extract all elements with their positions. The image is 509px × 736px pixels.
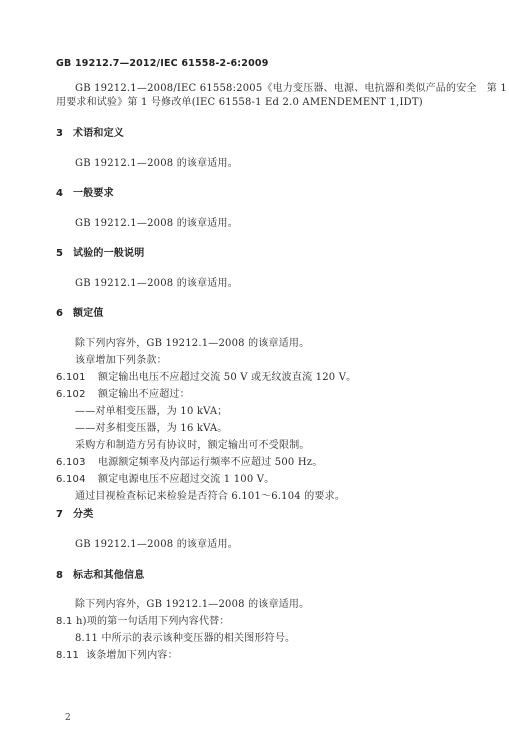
intro-line-2: 用要求和试验》第 1 号修改单(IEC 61558-1 Ed 2.0 AMEND…: [56, 96, 423, 109]
clause-number: 6.104: [56, 473, 98, 486]
section-title: 试验的一般说明: [73, 248, 144, 259]
clause-6-102: 6.102额定输出不应超过：: [56, 388, 190, 401]
section-7-heading: 7分类: [56, 508, 93, 521]
dash-item-single-phase: ——对单相变压器，为 10 kVA；: [75, 405, 228, 418]
clause-6-101: 6.101额定输出电压不应超过交流 50 V 或无纹波直流 120 V。: [56, 371, 356, 384]
section-3-heading: 3术语和定义: [56, 127, 124, 140]
section-6-para-4: 通过目视检查标记来检验是否符合 6.101～6.104 的要求。: [75, 490, 345, 503]
running-header: GB 19212.7—2012/IEC 61558-2-6:2009: [56, 57, 269, 70]
clause-text: 额定输出电压不应超过交流 50 V 或无纹波直流 120 V。: [98, 372, 356, 383]
clause-number: 8.11: [56, 649, 86, 662]
clause-number: 6.102: [56, 388, 98, 401]
clause-text: h)项的第一句话用下列内容代替：: [76, 616, 230, 627]
clause-6-104: 6.104额定电源电压不应超过交流 1 100 V。: [56, 473, 274, 486]
document-page: GB 19212.7—2012/IEC 61558-2-6:2009 GB 19…: [0, 0, 509, 736]
clause-text: 额定电源电压不应超过交流 1 100 V。: [98, 474, 274, 485]
section-6-para-3: 采购方和制造方另有协议时，额定输出可不受限制。: [75, 439, 310, 452]
section-4-body: GB 19212.1—2008 的该章适用。: [75, 217, 238, 230]
clause-number: 6.103: [56, 456, 98, 469]
section-3-body: GB 19212.1—2008 的该章适用。: [75, 157, 238, 170]
section-title: 额定值: [73, 308, 104, 319]
clause-text: 额定输出不应超过：: [98, 389, 190, 400]
dash-item-polyphase: ——对多相变压器，为 16 kVA。: [75, 422, 228, 435]
section-7-body: GB 19212.1—2008 的该章适用。: [75, 538, 238, 551]
section-number: 5: [56, 247, 73, 260]
section-5-body: GB 19212.1—2008 的该章适用。: [75, 277, 238, 290]
section-6-para-1: 除下列内容外，GB 19212.1—2008 的该章适用。: [75, 337, 309, 350]
clause-6-103: 6.103电源额定频率及内部运行频率不应超过 500 Hz。: [56, 456, 322, 469]
clause-text: 该条增加下列内容：: [86, 650, 178, 661]
clause-text: 电源额定频率及内部运行频率不应超过 500 Hz。: [98, 457, 322, 468]
section-number: 6: [56, 307, 73, 320]
page-number: 2: [65, 712, 71, 725]
section-title: 分类: [73, 509, 93, 520]
section-8-heading: 8标志和其他信息: [56, 569, 144, 582]
section-8-para-1: 除下列内容外，GB 19212.1—2008 的该章适用。: [75, 598, 309, 611]
section-5-heading: 5试验的一般说明: [56, 247, 144, 260]
section-number: 7: [56, 508, 73, 521]
intro-line-1: GB 19212.1—2008/IEC 61558:2005《电力变压器、电源、…: [75, 82, 509, 95]
clause-number: 6.101: [56, 371, 98, 384]
section-6-para-2: 该章增加下列条款：: [75, 354, 167, 367]
section-4-heading: 4一般要求: [56, 187, 114, 200]
section-number: 3: [56, 127, 73, 140]
clause-8-11: 8.11该条增加下列内容：: [56, 649, 178, 662]
section-number: 4: [56, 187, 73, 200]
clause-number: 8.1: [56, 615, 76, 628]
clause-8-1: 8.1h)项的第一句话用下列内容代替：: [56, 615, 230, 628]
section-title: 标志和其他信息: [73, 570, 144, 581]
section-title: 术语和定义: [73, 128, 124, 139]
section-6-heading: 6额定值: [56, 307, 104, 320]
section-title: 一般要求: [73, 188, 114, 199]
section-number: 8: [56, 569, 73, 582]
section-8-para-2: 8.11 中所示的表示该种变压器的相关图形符号。: [75, 632, 295, 645]
